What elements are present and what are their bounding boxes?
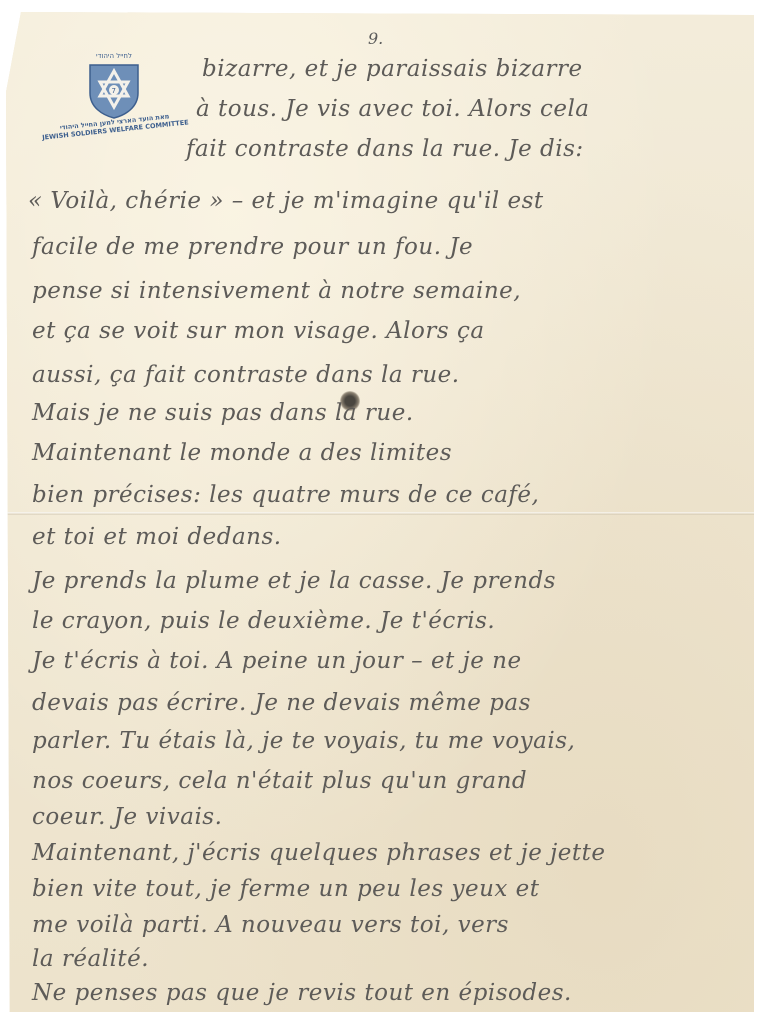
handwritten-line: parler. Tu étais là, je te voyais, tu me… xyxy=(32,728,575,754)
handwritten-line: fait contraste dans la rue. Je dis: xyxy=(186,136,584,162)
handwritten-line: devais pas écrire. Je ne devais même pas xyxy=(32,690,531,716)
handwritten-line: pense si intensivement à notre semaine, xyxy=(32,278,521,304)
handwritten-line: coeur. Je vivais. xyxy=(32,804,222,830)
page-number: 9. xyxy=(368,29,383,48)
handwritten-line: Je t'écris à toi. A peine un jour – et j… xyxy=(32,648,522,674)
handwritten-line: bien précises: les quatre murs de ce caf… xyxy=(32,482,539,508)
svg-text:7: 7 xyxy=(112,87,116,95)
handwritten-line: Je prends la plume et je la casse. Je pr… xyxy=(32,568,556,594)
handwritten-line: et toi et moi dedans. xyxy=(32,524,282,550)
handwritten-line: le crayon, puis le deuxième. Je t'écris. xyxy=(32,608,495,634)
handwritten-line: Maintenant, j'écris quelques phrases et … xyxy=(32,840,606,866)
letterhead-logo: לחייל היהודי 7 מאת הועד הארצי למען החייל… xyxy=(40,52,190,152)
handwritten-line: à tous. Je vis avec toi. Alors cela xyxy=(196,96,590,122)
handwritten-line: bizarre, et je paraissais bizarre xyxy=(202,56,583,82)
handwritten-line: Maintenant le monde a des limites xyxy=(32,440,452,466)
handwritten-line: facile de me prendre pour un fou. Je xyxy=(32,234,473,260)
handwritten-line: me voilà parti. A nouveau vers toi, vers xyxy=(32,912,509,938)
handwritten-line: et ça se voit sur mon visage. Alors ça xyxy=(32,318,485,344)
handwritten-line: Ne penses pas que je revis tout en épiso… xyxy=(32,980,572,1006)
star-of-david-shield-icon: 7 xyxy=(88,63,140,119)
handwritten-line: bien vite tout, je ferme un peu les yeux… xyxy=(32,876,540,902)
handwritten-line: aussi, ça fait contraste dans la rue. xyxy=(32,362,460,388)
letterhead-hebrew-top: לחייל היהודי xyxy=(84,52,144,60)
handwritten-line: nos coeurs, cela n'était plus qu'un gran… xyxy=(32,768,527,794)
letter-page: לחייל היהודי 7 מאת הועד הארצי למען החייל… xyxy=(6,12,754,1012)
handwritten-line: « Voilà, chérie » – et je m'imagine qu'i… xyxy=(28,188,544,214)
handwritten-line: Mais je ne suis pas dans la rue. xyxy=(32,400,414,426)
paper-fold-crease xyxy=(6,512,754,515)
handwritten-line: la réalité. xyxy=(32,946,149,972)
